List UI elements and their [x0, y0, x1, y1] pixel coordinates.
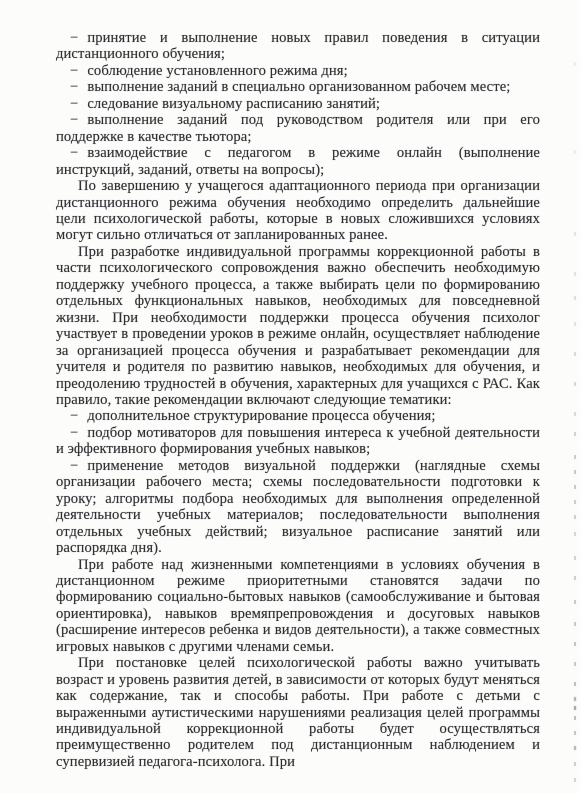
- bullet-text: соблюдение установленного режима дня;: [87, 63, 347, 79]
- bullet-item: −дополнительное структурирование процесс…: [56, 408, 540, 424]
- bullet-item: −применение методов визуальной поддержки…: [56, 458, 540, 557]
- bullet-dash-icon: −: [70, 112, 78, 128]
- bullet-text: подбор мотиваторов для повышения интерес…: [56, 425, 540, 457]
- bullet-dash-icon: −: [70, 79, 78, 95]
- bullet-dash-icon: −: [70, 458, 78, 474]
- bullet-text: следование визуальному расписанию заняти…: [87, 96, 380, 112]
- bullet-item: −следование визуальному расписанию занят…: [56, 96, 540, 112]
- bullet-dash-icon: −: [70, 425, 78, 441]
- paragraph: При постановке целей психологической раб…: [56, 655, 540, 770]
- bullet-dash-icon: −: [70, 145, 78, 161]
- bullet-text: выполнение заданий под руководством роди…: [56, 112, 540, 144]
- bullet-dash-icon: −: [70, 96, 78, 112]
- bullet-item: −выполнение заданий под руководством род…: [56, 112, 540, 145]
- bullet-item: −соблюдение установленного режима дня;: [56, 63, 540, 79]
- bullet-dash-icon: −: [70, 30, 78, 46]
- bullet-text: применение методов визуальной поддержки …: [56, 458, 540, 556]
- bullet-item: −подбор мотиваторов для повышения интере…: [56, 425, 540, 458]
- scan-edge-artifacts: [574, 0, 576, 4]
- bullet-item: −взаимодействие с педагогом в режиме онл…: [56, 145, 540, 178]
- paragraph: По завершению у учащегося адаптационного…: [56, 178, 540, 244]
- paragraph: При работе над жизненными компетенциями …: [56, 557, 540, 656]
- paragraph: При разработке индивидуальной программы …: [56, 244, 540, 409]
- bullet-text: выполнение заданий в специально организо…: [87, 79, 510, 95]
- bullet-item: −принятие и выполнение новых правил пове…: [56, 30, 540, 63]
- bullet-text: взаимодействие с педагогом в режиме онла…: [56, 145, 540, 177]
- bullet-text: принятие и выполнение новых правил повед…: [56, 30, 540, 62]
- text-block: −принятие и выполнение новых правил пове…: [56, 30, 540, 770]
- bullet-dash-icon: −: [70, 408, 78, 424]
- bullet-dash-icon: −: [70, 63, 78, 79]
- bullet-text: дополнительное структурирование процесса…: [87, 408, 435, 424]
- document-page: −принятие и выполнение новых правил пове…: [0, 0, 580, 793]
- bullet-item: −выполнение заданий в специально организ…: [56, 79, 540, 95]
